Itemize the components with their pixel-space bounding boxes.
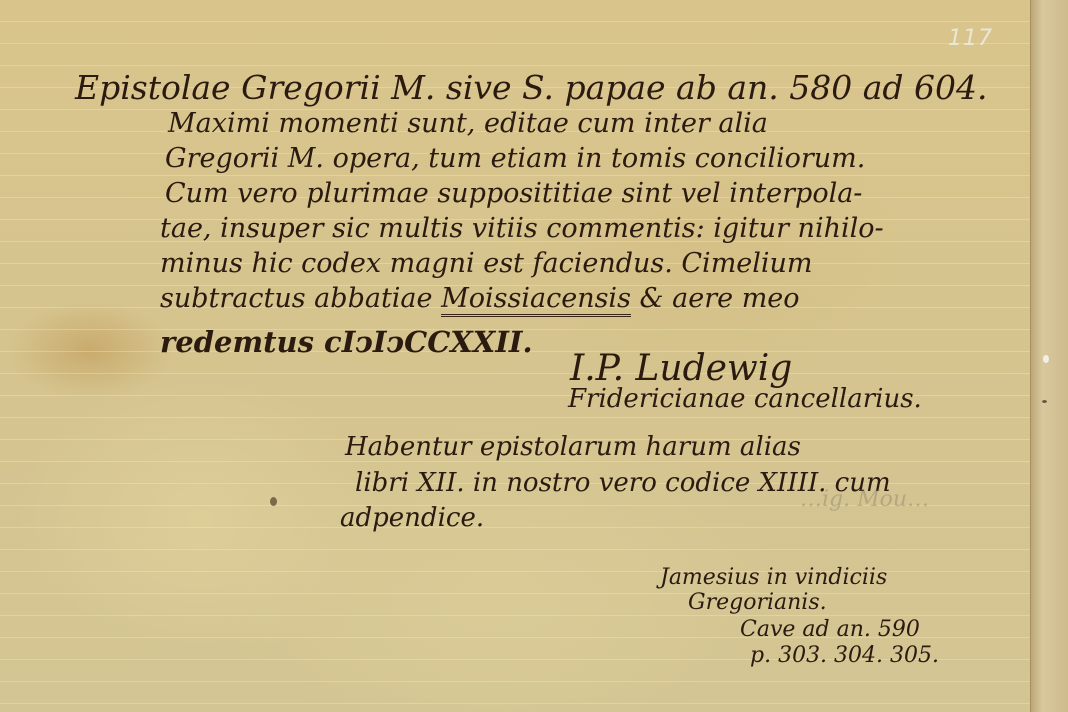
ink-spot	[270, 497, 277, 506]
main-note-line-6: minus hic codex magni est faciendus. Cim…	[160, 248, 813, 279]
main-note-line-3: Gregorii M. opera, tum etiam in tomis co…	[165, 143, 865, 174]
ink-spot	[1042, 400, 1047, 403]
folio-number: 117	[948, 26, 993, 51]
main-note-line-1: Epistolae Gregorii M. sive S. papae ab a…	[75, 68, 988, 107]
main-note-line-4: Cum vero plurimae supposititiae sint vel…	[165, 178, 862, 209]
reference-line-4: p. 303. 304. 305.	[750, 643, 939, 668]
main-note-line-2: Maximi momenti sunt, editae cum inter al…	[168, 108, 768, 139]
signature-title: Fridericianae cancellarius.	[568, 384, 922, 414]
page-gutter-edge	[1030, 0, 1068, 712]
reference-line-3: Cave ad an. 590	[740, 617, 920, 642]
manuscript-page: 117 Epistolae Gregorii M. sive S. papae …	[0, 0, 1068, 712]
signature-monogram: I.P. Ludewig	[570, 348, 792, 389]
reference-line-1: Jamesius in vindiciis	[660, 565, 887, 590]
second-note-line-1: Habentur epistolarum harum alias	[345, 432, 801, 462]
bleedthrough-text: …ig. Mou…	[800, 487, 929, 512]
main-note-line-7-start: subtractus abbatiae	[160, 283, 433, 314]
second-note-line-3: adpendice.	[340, 503, 484, 533]
reference-line-2: Gregorianis.	[688, 590, 827, 615]
main-note-line-5: tae, insuper sic multis vitiis commentis…	[160, 213, 884, 244]
main-note-line-8: redemtus cIↄIↄCCXXII.	[160, 325, 533, 359]
main-note-line-7-tail: & aere meo	[640, 283, 800, 314]
main-note-line-7: subtractus abbatiae Moissiacensis & aere…	[160, 283, 800, 314]
underlined-abbey-name: Moissiacensis	[441, 283, 631, 317]
paper-hole	[1043, 355, 1049, 363]
